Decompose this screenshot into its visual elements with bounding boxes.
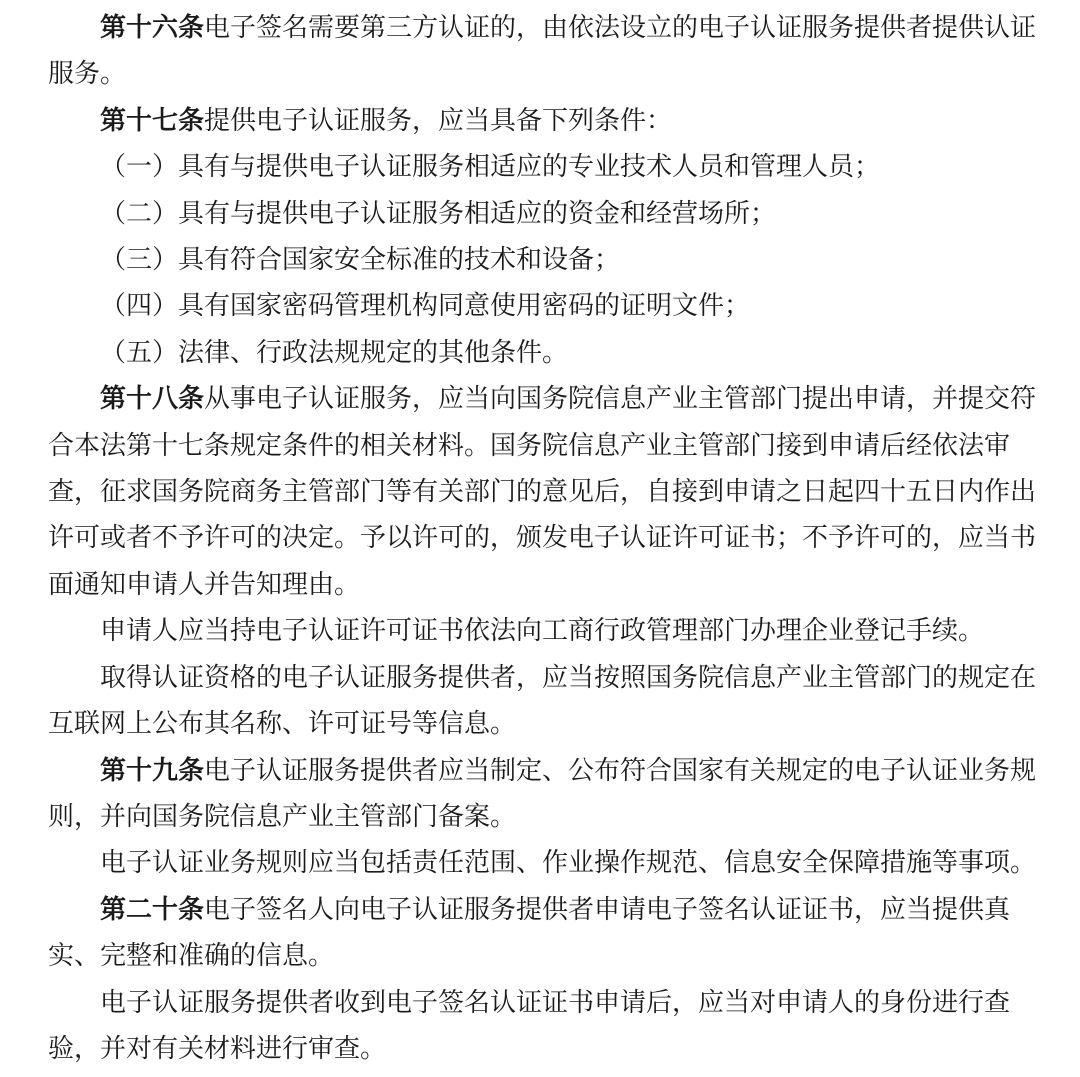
paragraph-article-20-clause-2: 电子认证服务提供者收到电子签名认证证书申请后，应当对申请人的身份进行查验，并对有… <box>48 979 1038 1072</box>
paragraph-text: 申请人应当持电子认证许可证书依法向工商行政管理部门办理企业登记手续。 <box>100 615 984 645</box>
list-item-3: （三）具有符合国家安全标准的技术和设备； <box>48 236 1038 282</box>
article-number-17: 第十七条 <box>100 105 204 135</box>
list-item-5: （五）法律、行政法规规定的其他条件。 <box>48 329 1038 375</box>
paragraph-article-18-clause-2: 申请人应当持电子认证许可证书依法向工商行政管理部门办理企业登记手续。 <box>48 607 1038 653</box>
paragraph-text: 提供电子认证服务，应当具备下列条件： <box>204 105 672 135</box>
article-number-16: 第十六条 <box>100 12 204 42</box>
paragraph-article-18-clause-3: 取得认证资格的电子认证服务提供者，应当按照国务院信息产业主管部门的规定在互联网上… <box>48 654 1038 747</box>
list-item-1: （一）具有与提供电子认证服务相适应的专业技术人员和管理人员； <box>48 143 1038 189</box>
paragraph-article-16: 第十六条电子签名需要第三方认证的，由依法设立的电子认证服务提供者提供认证服务。 <box>48 4 1038 97</box>
paragraph-article-19-clause-2: 电子认证业务规则应当包括责任范围、作业操作规范、信息安全保障措施等事项。 <box>48 839 1038 885</box>
article-number-20: 第二十条 <box>100 894 204 924</box>
document-page: 第十六条电子签名需要第三方认证的，由依法设立的电子认证服务提供者提供认证服务。 … <box>0 0 1080 1077</box>
paragraph-article-18: 第十八条从事电子认证服务，应当向国务院信息产业主管部门提出申请，并提交符合本法第… <box>48 375 1038 607</box>
list-item-4: （四）具有国家密码管理机构同意使用密码的证明文件； <box>48 282 1038 328</box>
law-text-body: 第十六条电子签名需要第三方认证的，由依法设立的电子认证服务提供者提供认证服务。 … <box>48 4 1038 1071</box>
paragraph-text: 取得认证资格的电子认证服务提供者，应当按照国务院信息产业主管部门的规定在互联网上… <box>48 662 1036 738</box>
paragraph-article-20: 第二十条电子签名人向电子认证服务提供者申请电子签名认证证书，应当提供真实、完整和… <box>48 886 1038 979</box>
paragraph-text: 从事电子认证服务，应当向国务院信息产业主管部门提出申请，并提交符合本法第十七条规… <box>48 383 1036 599</box>
paragraph-text: （二）具有与提供电子认证服务相适应的资金和经营场所； <box>100 198 776 228</box>
paragraph-article-19: 第十九条电子认证服务提供者应当制定、公布符合国家有关规定的电子认证业务规则，并向… <box>48 747 1038 840</box>
paragraph-article-17: 第十七条提供电子认证服务，应当具备下列条件： <box>48 97 1038 143</box>
article-number-18: 第十八条 <box>100 383 204 413</box>
paragraph-text: （一）具有与提供电子认证服务相适应的专业技术人员和管理人员； <box>100 151 880 181</box>
paragraph-text: （三）具有符合国家安全标准的技术和设备； <box>100 244 620 274</box>
list-item-2: （二）具有与提供电子认证服务相适应的资金和经营场所； <box>48 190 1038 236</box>
paragraph-text: （四）具有国家密码管理机构同意使用密码的证明文件； <box>100 290 750 320</box>
paragraph-text: （五）法律、行政法规规定的其他条件。 <box>100 337 568 367</box>
paragraph-text: 电子认证业务规则应当包括责任范围、作业操作规范、信息安全保障措施等事项。 <box>100 847 1036 877</box>
paragraph-text: 电子认证服务提供者收到电子签名认证证书申请后，应当对申请人的身份进行查验，并对有… <box>48 987 1010 1063</box>
article-number-19: 第十九条 <box>100 755 204 785</box>
